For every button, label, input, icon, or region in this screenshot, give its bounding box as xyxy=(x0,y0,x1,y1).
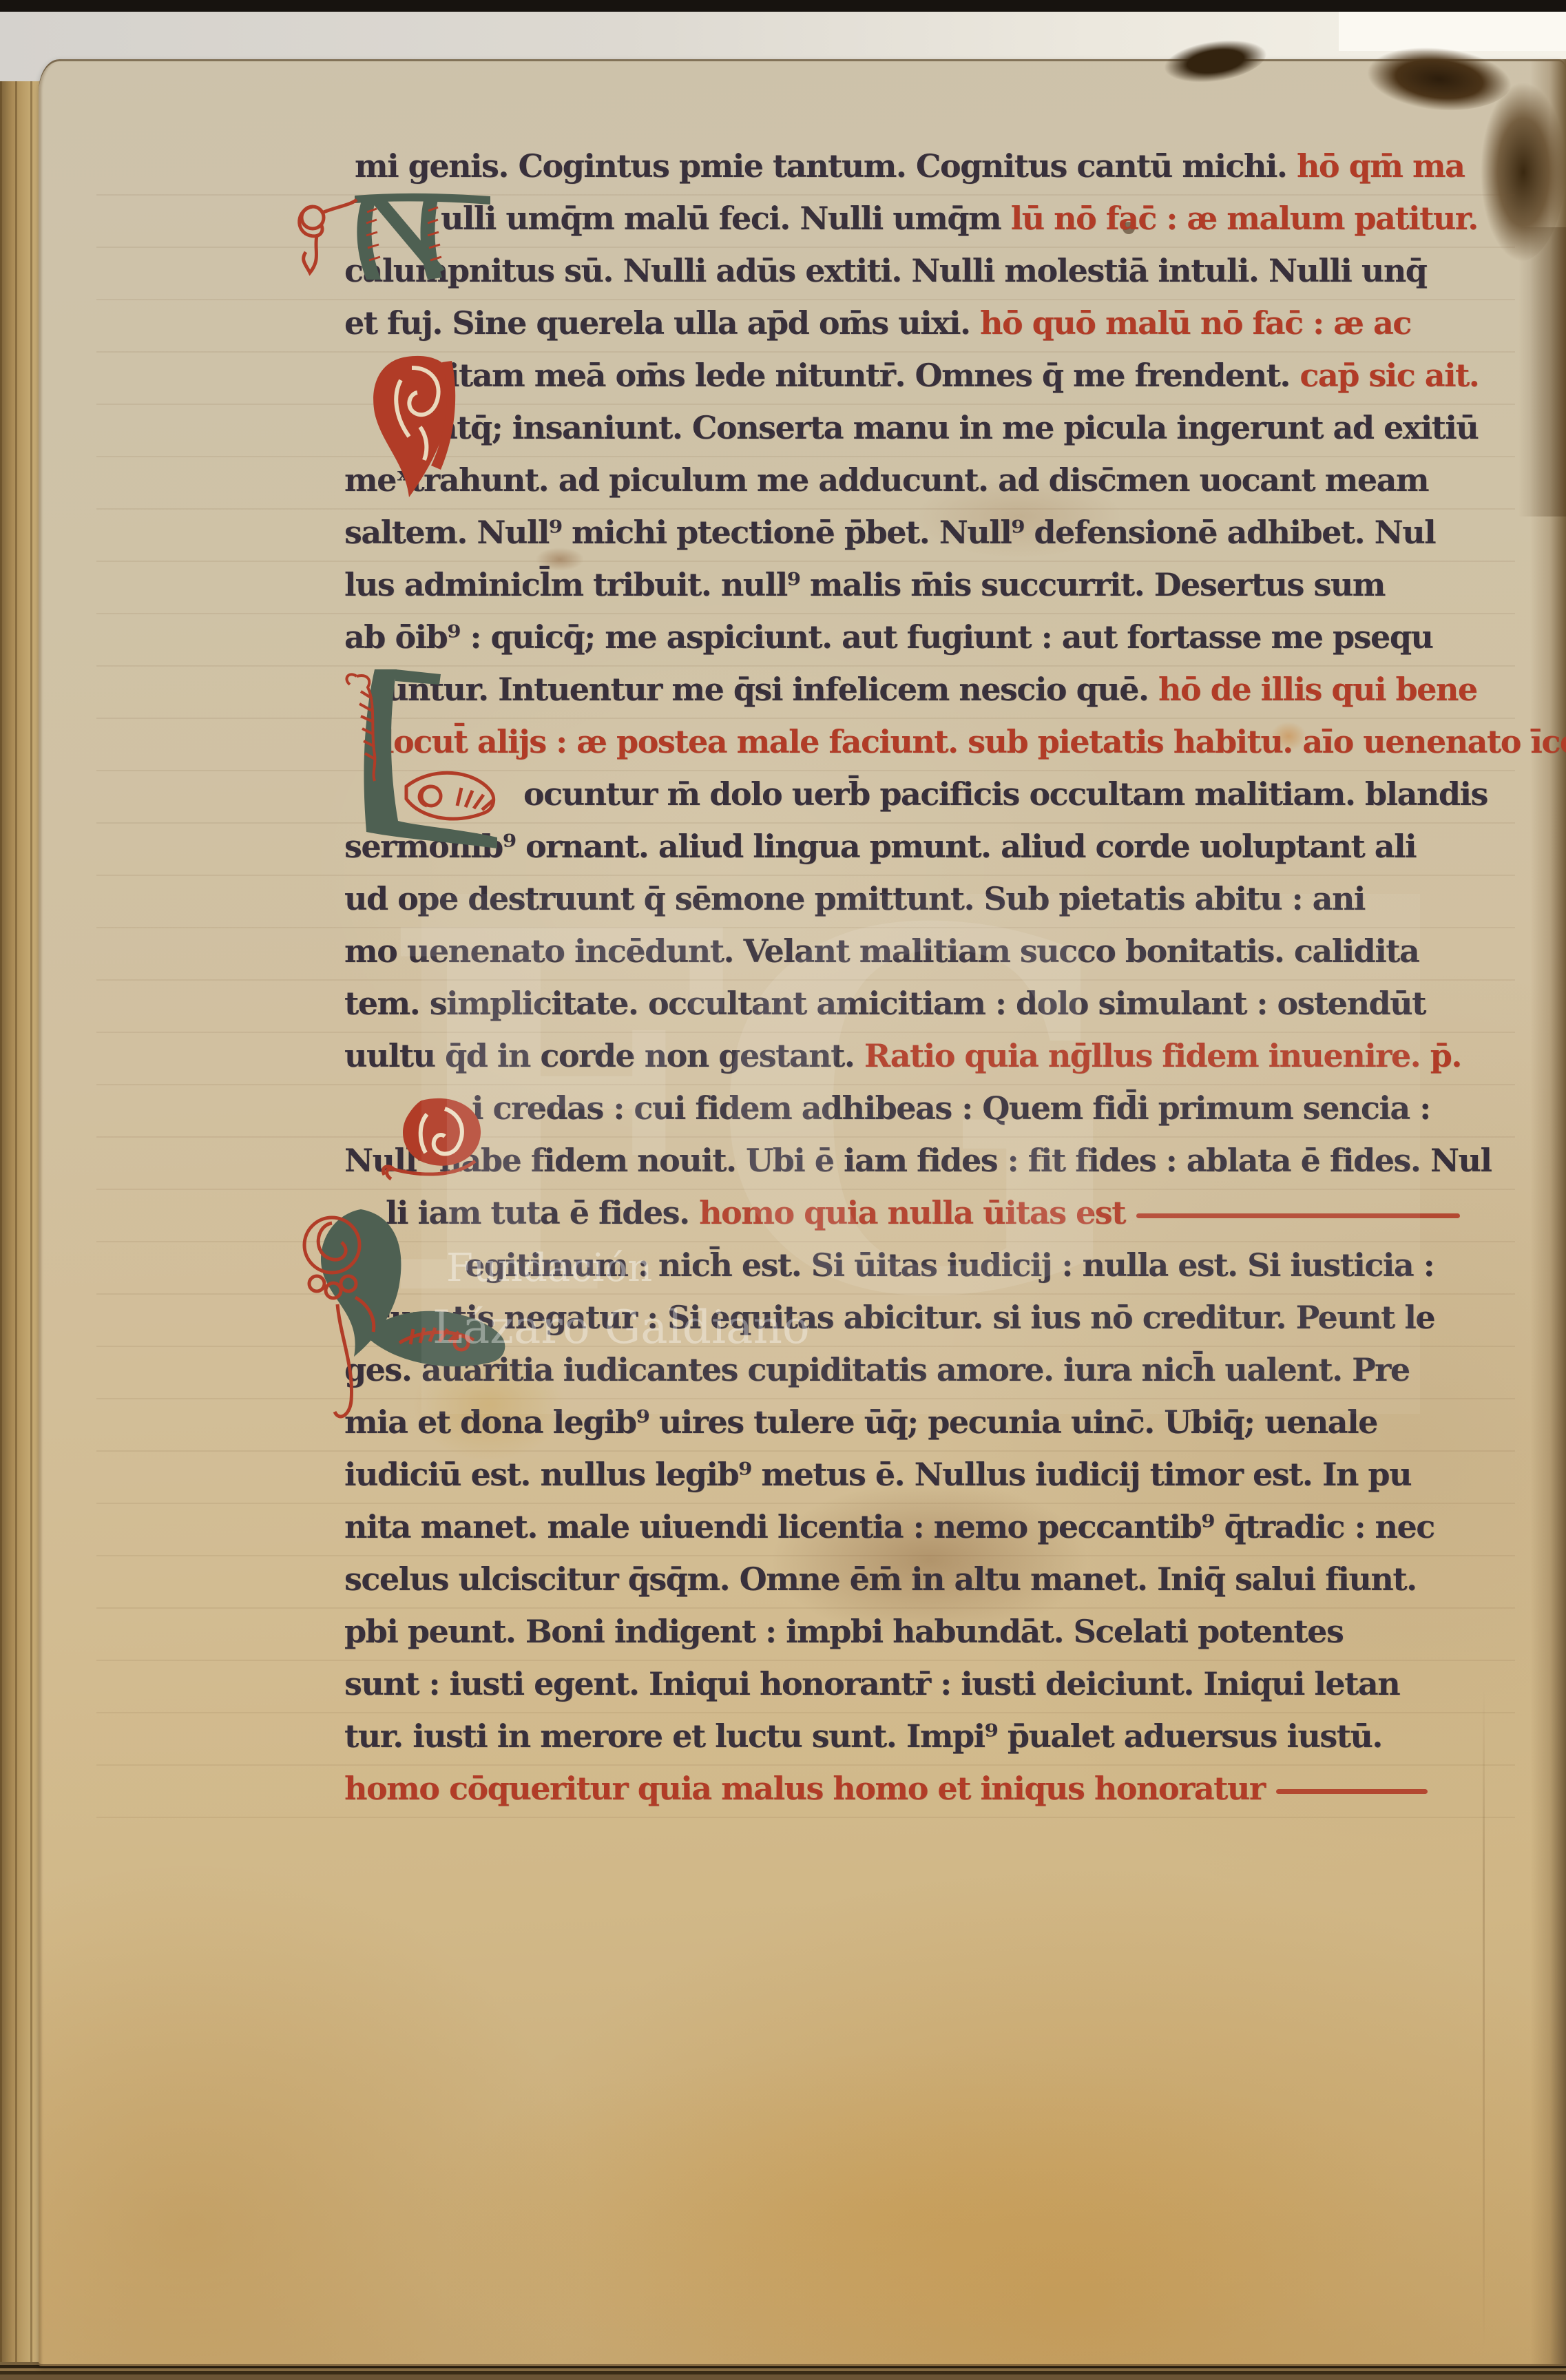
manuscript-line: et fuj. Sine querela ulla ap̄d om̄s uixi… xyxy=(344,303,1411,343)
manuscript-line: uultu q̄d in corde non gestant. Ratio qu… xyxy=(344,1036,1461,1076)
manuscript-line: ud ope destruunt q̄ sēmone pmittunt. Sub… xyxy=(344,879,1365,919)
manuscript-line: homo cōqueritur quia malus homo et iniqu… xyxy=(344,1768,1428,1808)
ink-text: egitimum : nich̄ est. Si ūitas iudicij :… xyxy=(465,1246,1434,1284)
manuscript-line: mi genis. Cogintus pmie tantum. Cognitus… xyxy=(355,146,1464,186)
ink-text: ab ōib⁹ : quicq̄; me aspiciunt. aut fugi… xyxy=(344,618,1432,656)
ink-text: nita manet. male uiuendi licentia : nemo… xyxy=(344,1508,1434,1545)
ink-text: saltem. Null⁹ michi ptectionē p̄bet. Nul… xyxy=(344,514,1435,551)
ink-text: scelus ulciscitur q̄sq̄m. Omne ēm̄ in al… xyxy=(344,1560,1417,1598)
ink-text: uultu q̄d in corde non gestant. xyxy=(344,1037,864,1074)
manuscript-line: sunt : iusti egent. Iniqui honorantr̄ : … xyxy=(344,1664,1399,1704)
manuscript-line: scelus ulciscitur q̄sq̄m. Omne ēm̄ in al… xyxy=(344,1559,1417,1599)
rubric-text: homo cōqueritur quia malus homo et iniqu… xyxy=(344,1770,1265,1807)
manuscript-line: tem. simplicitate. occultant amicitiam :… xyxy=(344,983,1426,1023)
photo-top-bar xyxy=(0,0,1566,12)
rubric-text: homo quia nulla ūitas est xyxy=(699,1194,1125,1231)
ink-text: atq̄; insaniunt. Conserta manu in me pic… xyxy=(437,409,1478,446)
ink-text: ocuntur m̄ dolo uerb̄ pacificis occultam… xyxy=(523,775,1487,813)
manuscript-line: ab ōib⁹ : quicq̄; me aspiciunt. aut fugi… xyxy=(344,617,1432,657)
rubric-text: lū nō fac̄ : æ malum patitur. xyxy=(1011,200,1478,237)
manuscript-line: locut̄ alijs : æ postea male faciunt. su… xyxy=(382,722,1566,762)
ink-text: calumpnitus sū. Nulli adūs extiti. Nulli… xyxy=(344,252,1426,289)
text-block: mi genis. Cogintus pmie tantum. Cognitus… xyxy=(0,0,1566,2380)
manuscript-line: li iam tuta ē fides. homo quia nulla ūit… xyxy=(386,1193,1460,1233)
ink-text: sunt : iusti egent. Iniqui honorantr̄ : … xyxy=(344,1665,1399,1702)
ink-text: ulli umq̄m malū feci. Nulli umq̄m xyxy=(441,200,1011,237)
manuscript-line: saltem. Null⁹ michi ptectionē p̄bet. Nul… xyxy=(344,512,1435,552)
ink-text: ud ope destruunt q̄ sēmone pmittunt. Sub… xyxy=(344,880,1365,917)
ink-text: itam meā om̄s lede nituntr̄. Omnes q̄ me… xyxy=(448,357,1299,394)
decorated-initial-L-legitimum xyxy=(295,1200,532,1440)
ink-text: mi genis. Cogintus pmie tantum. Cognitus… xyxy=(355,147,1297,185)
manuscript-line: egitimum : nich̄ est. Si ūitas iudicij :… xyxy=(465,1245,1434,1285)
rubric-text: Ratio quia nḡllus fidem inuenire. p̄. xyxy=(864,1037,1461,1074)
manuscript-line: itam meā om̄s lede nituntr̄. Omnes q̄ me… xyxy=(448,355,1479,395)
manuscript-line: iudiciū est. nullus legib⁹ metus ē. Null… xyxy=(344,1454,1411,1494)
rubric-filler-rule xyxy=(1276,1789,1428,1794)
decorated-initial-V xyxy=(369,353,462,505)
ink-text: tur. iusti in merore et luctu sunt. Impi… xyxy=(344,1718,1382,1755)
manuscript-line: i credas : cui fidem adhibeas : Quem fid… xyxy=(472,1088,1430,1128)
rubric-text: cap̄ sic ait. xyxy=(1299,357,1479,394)
ink-text: mo uenenato incēdunt. Velant malitiam su… xyxy=(344,932,1419,970)
manuscript-line: tur. iusti in merore et luctu sunt. Impi… xyxy=(344,1716,1382,1756)
rubric-text: locut̄ alijs : æ postea male faciunt. su… xyxy=(382,723,1566,760)
manuscript-line: meˣtrahunt. ad piculum me adducunt. ad d… xyxy=(344,460,1428,500)
ink-text: et fuj. Sine querela ulla ap̄d om̄s uixi… xyxy=(344,304,980,342)
manuscript-line: atq̄; insaniunt. Conserta manu in me pic… xyxy=(437,408,1478,448)
ink-text: iudiciū est. nullus legib⁹ metus ē. Null… xyxy=(344,1456,1411,1493)
rubric-text: hō qm̄ ma xyxy=(1297,147,1464,185)
ink-text: i credas : cui fidem adhibeas : Quem fid… xyxy=(472,1089,1430,1127)
decorated-initial-L-locuntur xyxy=(329,662,512,862)
manuscript-line: ocuntur m̄ dolo uerb̄ pacificis occultam… xyxy=(523,774,1487,814)
ink-text: meˣtrahunt. ad piculum me adducunt. ad d… xyxy=(344,461,1428,499)
manuscript-line: ulli umq̄m malū feci. Nulli umq̄m lū nō … xyxy=(441,198,1478,238)
rubric-text: hō quō malū nō fac̄ : æ ac xyxy=(980,304,1411,342)
manuscript-line: untur. Intuentur me q̄si infelicem nesci… xyxy=(386,669,1477,709)
decorated-initial-S xyxy=(377,1094,532,1189)
manuscript-line: calumpnitus sū. Nulli adūs extiti. Nulli… xyxy=(344,251,1426,291)
rubric-filler-rule xyxy=(1136,1213,1460,1218)
decorated-initial-N xyxy=(289,190,496,291)
ink-text: tem. simplicitate. occultant amicitiam :… xyxy=(344,985,1426,1022)
rubric-text: hō de illis qui bene xyxy=(1158,671,1477,708)
manuscript-line: nita manet. male uiuendi licentia : nemo… xyxy=(344,1507,1434,1547)
manuscript-photo: mi genis. Cogintus pmie tantum. Cognitus… xyxy=(0,0,1566,2380)
ink-text: lus adminicl̄m tribuit. null⁹ malis m̄is… xyxy=(344,566,1385,603)
manuscript-line: mo uenenato incēdunt. Velant malitiam su… xyxy=(344,931,1419,971)
manuscript-line: lus adminicl̄m tribuit. null⁹ malis m̄is… xyxy=(344,565,1385,605)
manuscript-line: pbi peunt. Boni indigent : impbi habundā… xyxy=(344,1611,1343,1651)
ink-text: pbi peunt. Boni indigent : impbi habundā… xyxy=(344,1613,1343,1650)
